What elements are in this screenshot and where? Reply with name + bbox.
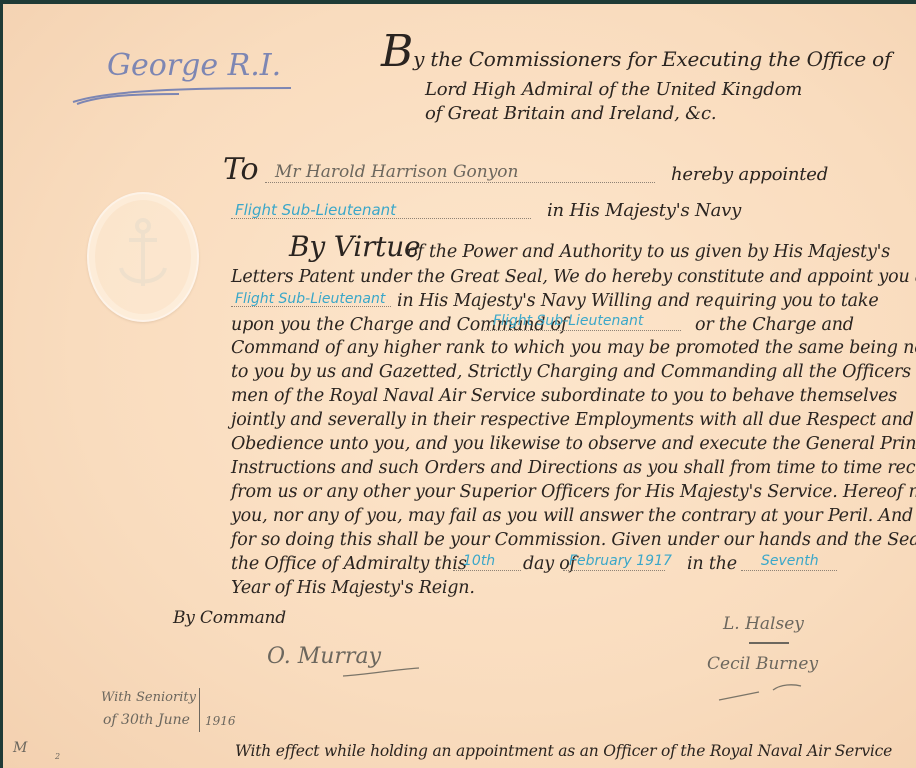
body-line-17: in the: [687, 554, 737, 574]
commissioner-2-flourish: [715, 680, 805, 704]
by-virtue-lead: By Virtue: [289, 230, 420, 263]
seniority-line-2: of 30th June: [103, 712, 190, 728]
body-line-12: from us or any other your Superior Offic…: [231, 482, 916, 502]
filled-rank-2: Flight Sub-Lieutenant: [493, 313, 643, 329]
filled-day: 10th: [463, 553, 495, 569]
body-line-18: Year of His Majesty's Reign.: [231, 578, 475, 598]
seniority-line-1: With Seniority: [101, 690, 196, 705]
seniority-year: 1916: [205, 714, 236, 728]
hereby-appointed: hereby appointed: [671, 164, 828, 185]
body-line-10: Obedience unto you, and you likewise to …: [231, 434, 916, 454]
header-line-2: Lord High Admiral of the United Kingdom: [425, 79, 802, 100]
commissioner-signature-2: Cecil Burney: [707, 654, 818, 674]
margin-mark: M: [13, 740, 27, 756]
body-line-3: in His Majesty's Navy Willing and requir…: [397, 291, 878, 311]
body-line-2: Letters Patent under the Great Seal, We …: [231, 267, 916, 287]
commissioner-1-underline: [749, 642, 789, 644]
margin-number: 2: [55, 752, 60, 761]
body-line-13: you, nor any of you, may fail as you wil…: [231, 506, 913, 526]
body-line-11: Instructions and such Orders and Directi…: [231, 458, 916, 478]
seniority-bracket: [199, 688, 200, 732]
body-line-9: jointly and severally in their respectiv…: [231, 410, 914, 430]
month-rule: [563, 570, 665, 571]
body-line-6: Command of any higher rank to which you …: [231, 338, 916, 358]
body-line-5: or the Charge and: [695, 315, 854, 335]
signature-flourish: [69, 82, 294, 108]
royal-signature: George R.I.: [107, 48, 281, 83]
recipient-name: Mr Harold Harrison Gonyon: [275, 162, 519, 182]
appointed-rank: Flight Sub-Lieutenant: [235, 201, 396, 219]
header-initial: B: [381, 26, 413, 77]
filled-regnal-year: Seventh: [761, 553, 819, 569]
body-line-14: for so doing this shall be your Commissi…: [231, 530, 916, 550]
commission-document: George R.I. By the Commissioners for Exe…: [3, 4, 916, 768]
filled-rank-1: Flight Sub-Lieutenant: [235, 291, 385, 307]
to-label: To: [223, 152, 258, 187]
anchor-icon: [113, 216, 173, 296]
in-navy: in His Majesty's Navy: [547, 200, 741, 221]
embossed-seal: [87, 192, 199, 322]
recipient-rule: [265, 182, 655, 183]
commissioner-signature-1: L. Halsey: [723, 614, 804, 634]
filled-month-year: February 1917: [569, 553, 672, 569]
rank-rule-3: [481, 330, 681, 331]
body-line-8: men of the Royal Naval Air Service subor…: [231, 386, 897, 406]
day-rule: [453, 570, 521, 571]
regnal-rule: [741, 570, 837, 571]
footer-note: With effect while holding an appointment…: [235, 742, 892, 760]
body-line-16: day of: [523, 554, 576, 574]
header-line-1: By the Commissioners for Executing the O…: [381, 30, 891, 74]
body-line-1: of the Power and Authority to us given b…: [407, 242, 890, 262]
body-line-15: the Office of Admiralty this: [231, 554, 467, 574]
body-line-7: to you by us and Gazetted, Strictly Char…: [231, 362, 916, 382]
header-line-3: of Great Britain and Ireland, &c.: [425, 103, 716, 124]
by-command-label: By Command: [173, 608, 286, 628]
secretary-underline: [341, 664, 421, 680]
